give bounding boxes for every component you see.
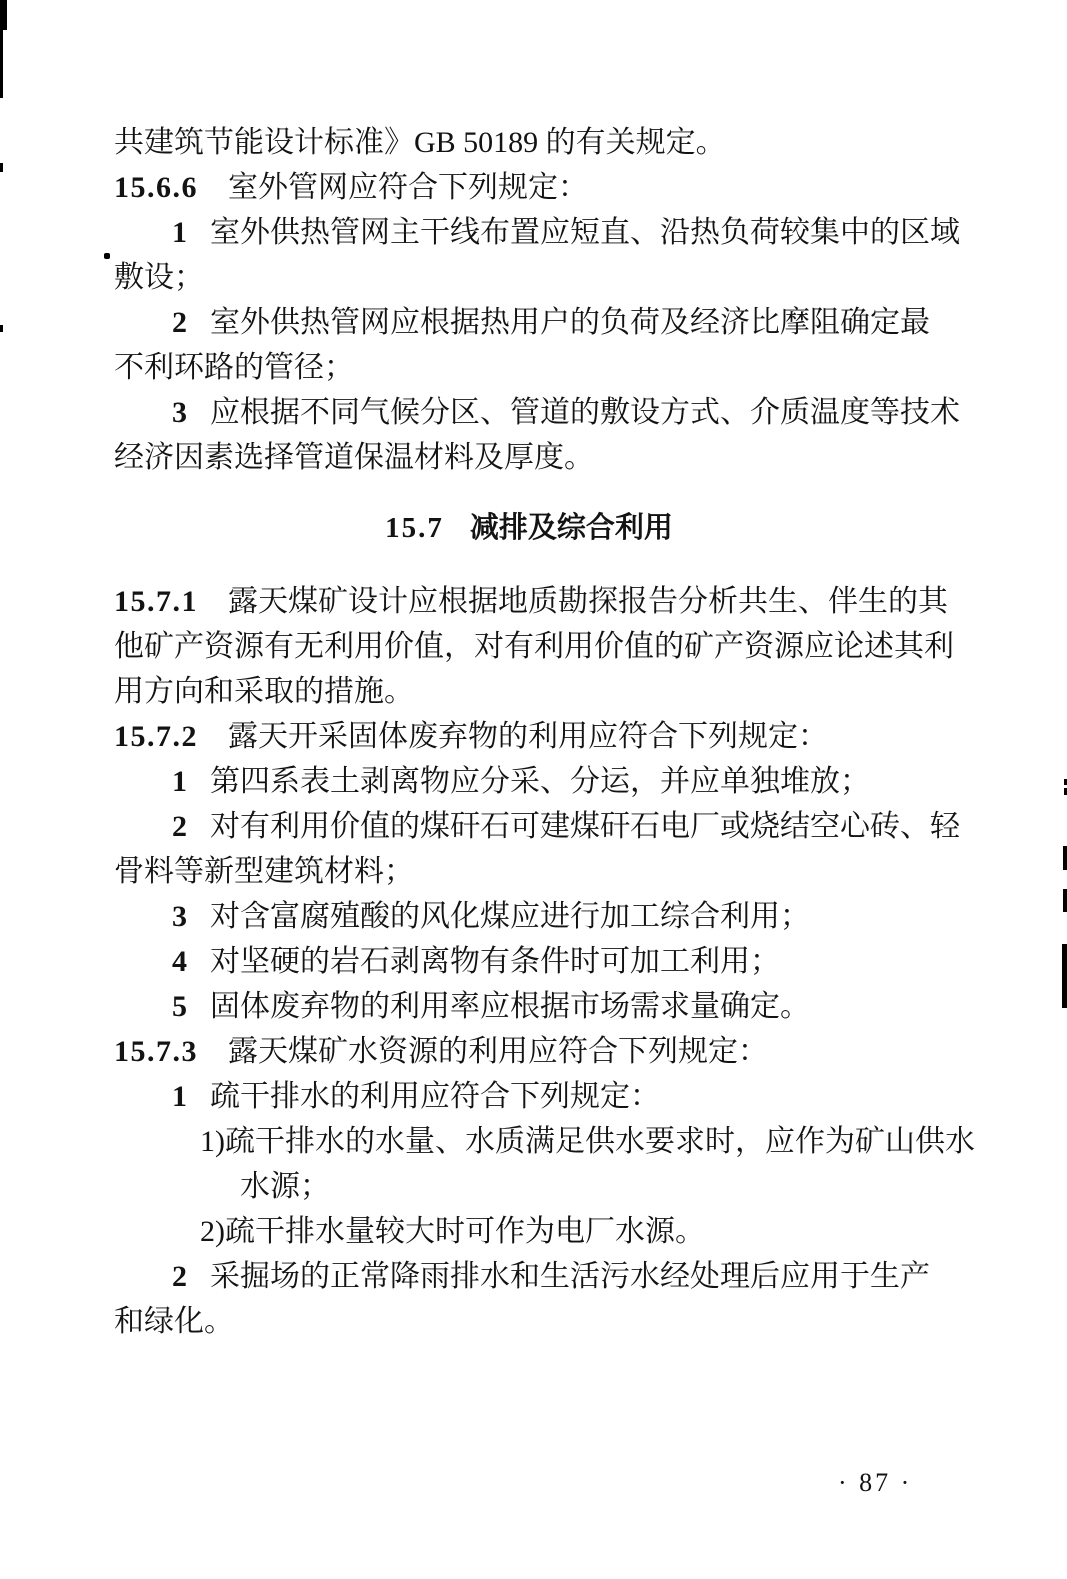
line-text: 露天煤矿设计应根据地质勘探报告分析共生、伴生的其 (228, 585, 948, 618)
list-item: 3对含富腐殖酸的风化煤应进行加工综合利用； (114, 894, 944, 939)
section-heading: 15.7减排及综合利用 (114, 505, 944, 551)
scan-artifact-left-tick (0, 325, 3, 332)
body-line: 他矿产资源有无利用价值，对有利用价值的矿产资源应论述其利 (114, 624, 944, 669)
list-item: 3应根据不同气候分区、管道的敷设方式、介质温度等技术 (114, 390, 944, 435)
sub-list-item: 2)疏干排水量较大时可作为电厂水源。 (114, 1209, 944, 1254)
line-text: 和绿化。 (114, 1305, 234, 1338)
scan-artifact-right-bar (1063, 846, 1067, 870)
line-text: 对有利用价值的煤矸石可建煤矸石电厂或烧结空心砖、轻 (210, 810, 960, 843)
line-text: 第四系表土剥离物应分采、分运，并应单独堆放； (210, 765, 870, 798)
item-number: 1 (172, 1080, 187, 1113)
item-number: 2 (172, 1260, 187, 1293)
scan-artifact-speck (104, 253, 110, 259)
item-number: 2 (172, 306, 187, 339)
page-body: 共建筑节能设计标准》GB 50189 的有关规定。 15.6.6室外管网应符合下… (114, 0, 944, 1344)
line-text: 疏干排水的利用应符合下列规定： (210, 1080, 660, 1113)
clause-number: 15.7.2 (114, 720, 198, 753)
line-text: 露天煤矿水资源的利用应符合下列规定： (228, 1035, 768, 1068)
clause-15-7-1: 15.7.1露天煤矿设计应根据地质勘探报告分析共生、伴生的其 (114, 579, 944, 624)
list-item: 1第四系表土剥离物应分采、分运，并应单独堆放； (114, 759, 944, 804)
list-item: 1疏干排水的利用应符合下列规定： (114, 1074, 944, 1119)
body-line: 用方向和采取的措施。 (114, 669, 944, 714)
list-item: 2采掘场的正常降雨排水和生活污水经处理后应用于生产 (114, 1254, 944, 1299)
body-line: 经济因素选择管道保温材料及厚度。 (114, 435, 944, 480)
clause-15-7-2: 15.7.2露天开采固体废弃物的利用应符合下列规定： (114, 714, 944, 759)
line-text: 经济因素选择管道保温材料及厚度。 (114, 441, 594, 474)
clause-number: 15.7.1 (114, 585, 198, 618)
body-line: 和绿化。 (114, 1299, 944, 1344)
item-number: 3 (172, 396, 187, 429)
list-item: 5固体废弃物的利用率应根据市场需求量确定。 (114, 984, 944, 1029)
line-text: 共建筑节能设计标准》GB 50189 的有关规定。 (114, 126, 726, 159)
scan-artifact-right-bar (1062, 944, 1067, 1008)
list-item: 2对有利用价值的煤矸石可建煤矸石电厂或烧结空心砖、轻 (114, 804, 944, 849)
section-title: 减排及综合利用 (470, 512, 673, 544)
list-item: 2室外供热管网应根据热用户的负荷及经济比摩阻确定最 (114, 300, 944, 345)
line-text: 室外管网应符合下列规定： (228, 171, 588, 204)
line-text: 他矿产资源有无利用价值，对有利用价值的矿产资源应论述其利 (114, 630, 954, 663)
line-text: 2)疏干排水量较大时可作为电厂水源。 (200, 1215, 705, 1248)
scan-artifact-left-bar (0, 0, 3, 98)
line-text: 骨料等新型建筑材料； (114, 855, 414, 888)
line-text: 对坚硬的岩石剥离物有条件时可加工利用； (210, 945, 780, 978)
line-text: 1)疏干排水的水量、水质满足供水要求时，应作为矿山供水 (200, 1125, 975, 1158)
line-text: 固体废弃物的利用率应根据市场需求量确定。 (210, 990, 810, 1023)
line-text: 采掘场的正常降雨排水和生活污水经处理后应用于生产 (210, 1260, 930, 1293)
clause-15-6-6: 15.6.6室外管网应符合下列规定： (114, 165, 944, 210)
clause-15-7-3: 15.7.3露天煤矿水资源的利用应符合下列规定： (114, 1029, 944, 1074)
line-text: 室外供热管网应根据热用户的负荷及经济比摩阻确定最 (210, 306, 930, 339)
item-number: 3 (172, 900, 187, 933)
list-item: 1室外供热管网主干线布置应短直、沿热负荷较集中的区域 (114, 210, 944, 255)
item-number: 5 (172, 990, 187, 1023)
item-number: 1 (172, 765, 187, 798)
scan-artifact-right-bar (1063, 889, 1067, 912)
page-number: · 87 · (838, 1468, 912, 1498)
item-number: 4 (172, 945, 187, 978)
sub-list-item: 1)疏干排水的水量、水质满足供水要求时，应作为矿山供水 (114, 1119, 944, 1164)
body-line: 敷设； (114, 255, 944, 300)
line-text: 应根据不同气候分区、管道的敷设方式、介质温度等技术 (210, 396, 960, 429)
line-text: 室外供热管网主干线布置应短直、沿热负荷较集中的区域 (210, 216, 960, 249)
scan-artifact-left-tick (0, 163, 3, 172)
line-text: 露天开采固体废弃物的利用应符合下列规定： (228, 720, 828, 753)
clause-number: 15.6.6 (114, 171, 198, 204)
line-text: 水源； (240, 1170, 330, 1203)
item-number: 2 (172, 810, 187, 843)
line-text: 用方向和采取的措施。 (114, 675, 414, 708)
line-text: 不利环路的管径； (114, 351, 354, 384)
body-line: 水源； (114, 1164, 944, 1209)
item-number: 1 (172, 216, 187, 249)
section-number: 15.7 (385, 512, 444, 544)
body-line: 骨料等新型建筑材料； (114, 849, 944, 894)
body-line: 不利环路的管径； (114, 345, 944, 390)
line-text: 敷设； (114, 261, 204, 294)
document-page: 共建筑节能设计标准》GB 50189 的有关规定。 15.6.6室外管网应符合下… (0, 0, 1067, 1579)
body-line: 共建筑节能设计标准》GB 50189 的有关规定。 (114, 120, 944, 165)
clause-number: 15.7.3 (114, 1035, 198, 1068)
list-item: 4对坚硬的岩石剥离物有条件时可加工利用； (114, 939, 944, 984)
line-text: 对含富腐殖酸的风化煤应进行加工综合利用； (210, 900, 810, 933)
